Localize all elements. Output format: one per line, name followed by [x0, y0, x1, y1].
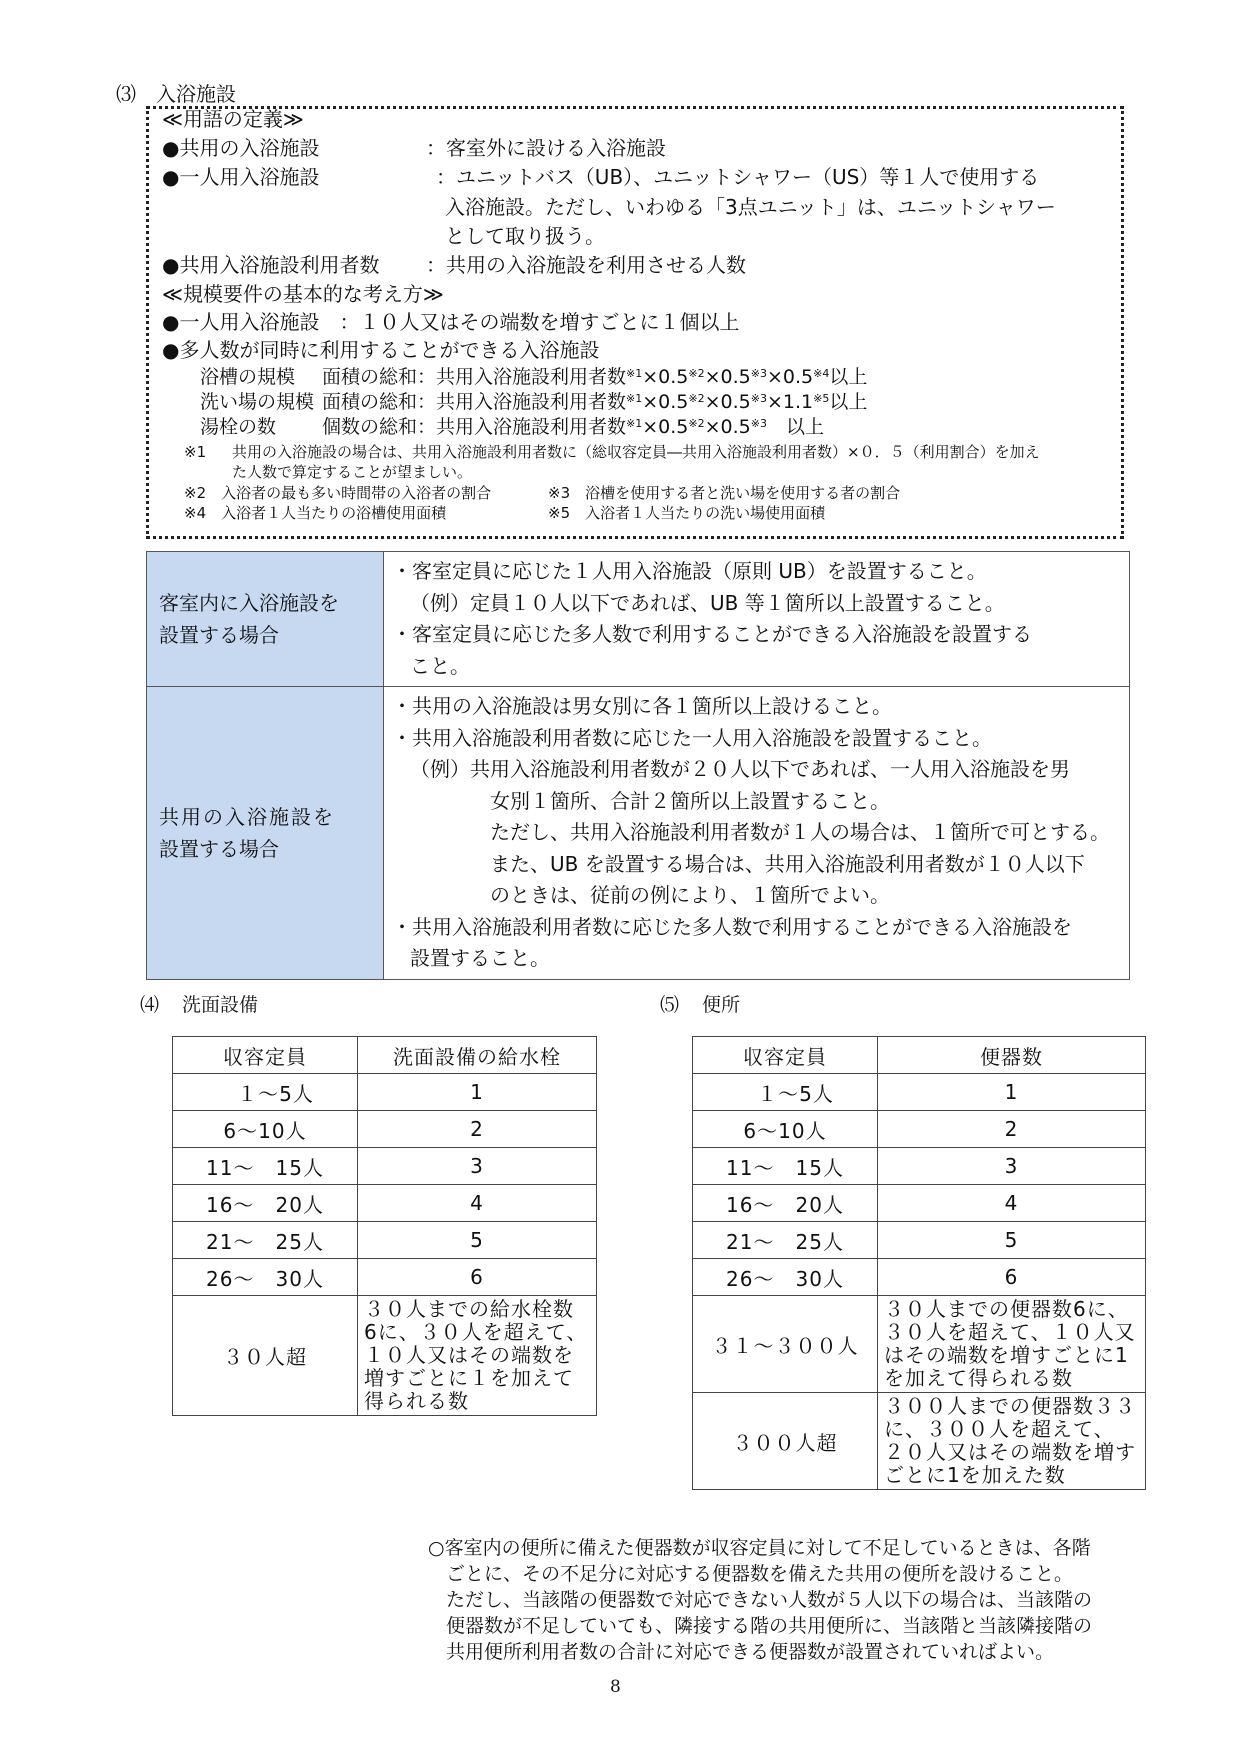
- formula-row: 湯栓の数個数の総和：共用入浴施設利用者数※1×0.5※2×0.5※3 以上: [200, 414, 824, 440]
- section-3-heading: ⑶入浴施設: [116, 78, 236, 107]
- formula-kind: 個数の総和：: [322, 416, 436, 438]
- cell-line: ２０人又はその端数を増す: [884, 1441, 1139, 1464]
- requirement-line: ・共用の入浴施設は男女別に各１箇所以上設けること。: [392, 691, 1123, 723]
- footnote-ref: ※2: [688, 417, 704, 430]
- footnote-mark: ※1: [184, 442, 232, 462]
- value-cell: ３０人までの便器数6に、 ３０人を超えて、１０人又 はその端数を増すごとに1 を…: [878, 1296, 1146, 1393]
- requirement-line: ・共用入浴施設利用者数に応じた一人用入浴施設を設置すること。: [392, 723, 1123, 755]
- requirement-line: こと。: [392, 651, 1123, 683]
- value-cell: 5: [358, 1222, 597, 1259]
- cell-line: はその端数を増すごとに1: [884, 1344, 1139, 1367]
- cell-line: 増すごとに１を加えて: [364, 1367, 590, 1390]
- note-line: 便器数が不足していても、隣接する階の共用便所に、当該階と当該隣接階の: [428, 1613, 1168, 1639]
- definition-desc: として取り扱う。: [445, 223, 605, 249]
- factor: ×0.5: [767, 366, 813, 388]
- factor: ×1.1: [767, 391, 813, 413]
- section-number: ⑷: [140, 990, 182, 1017]
- value-cell: 6: [358, 1259, 597, 1296]
- capacity-cell: 6～10人: [173, 1111, 358, 1148]
- value-cell: 4: [358, 1185, 597, 1222]
- page-number: 8: [610, 1677, 621, 1697]
- requirement-line: ・客室定員に応じた多人数で利用することができる入浴施設を設置する: [392, 619, 1123, 651]
- capacity-cell: 21～ 25人: [693, 1222, 878, 1259]
- table-row: ３００人超 ３００人までの便器数３３ に、３００人を超えて、 ２０人又はその端数…: [693, 1393, 1146, 1490]
- formula-base: 共用入浴施設利用者数: [436, 416, 626, 438]
- section-5-heading: ⑸便所: [660, 990, 740, 1017]
- bathing-requirements-table: 客室内に入浴施設を 設置する場合 ・客室定員に応じた１人用入浴施設（原則 UB）…: [146, 551, 1130, 980]
- table-row: １～5人1: [693, 1074, 1146, 1111]
- footnote-5: ※5 入浴者１人当たりの洗い場使用面積: [548, 503, 825, 523]
- cell-line: １０人又はその端数を: [364, 1344, 590, 1367]
- section-4-heading: ⑷洗面設備: [140, 990, 258, 1017]
- table-header-row: 収容定員 便器数: [693, 1037, 1146, 1074]
- capacity-cell: 11～ 15人: [173, 1148, 358, 1185]
- note-line: ごとに、その不足分に対応する便器数を備えた共用の便所を設けること。: [428, 1561, 1168, 1587]
- value-cell: 5: [878, 1222, 1146, 1259]
- table-row: 11～ 15人3: [693, 1148, 1146, 1185]
- formula-kind: 面積の総和：: [322, 366, 436, 388]
- scale-heading: ≪規模要件の基本的な考え方≫: [162, 281, 444, 307]
- formula-label: 浴槽の規模: [200, 364, 322, 390]
- row-label: 共用の入浴施設を 設置する場合: [147, 687, 384, 980]
- column-header: 洗面設備の給水栓: [358, 1037, 597, 1074]
- table-row: １～5人1: [173, 1074, 597, 1111]
- definition-desc: ：ユニットバス（UB）、ユニットシャワー（US）等１人で使用する: [436, 164, 1039, 190]
- factor: ×0.5: [642, 366, 688, 388]
- footnote-ref: ※2: [688, 367, 704, 380]
- capacity-cell: ３００人超: [693, 1393, 878, 1490]
- capacity-cell: ３１～３００人: [693, 1296, 878, 1393]
- toilet-note: ○客室内の便所に備えた便器数が収容定員に対して不足しているときは、各階 ごとに、…: [428, 1535, 1168, 1665]
- footnote-ref: ※3: [751, 392, 767, 405]
- label-line: 共用の入浴施設を: [159, 801, 383, 833]
- cell-line: ごとに1を加えた数: [884, 1464, 1139, 1487]
- table-row: 客室内に入浴施設を 設置する場合 ・客室定員に応じた１人用入浴施設（原則 UB）…: [147, 552, 1130, 687]
- label-line: 設置する場合: [159, 833, 383, 865]
- table-row: 6～10人2: [173, 1111, 597, 1148]
- section-number: ⑶: [116, 78, 156, 107]
- footnote-2: ※2 入浴者の最も多い時間帯の入浴者の割合: [184, 483, 491, 503]
- cell-line: ３００人までの便器数３３: [884, 1395, 1139, 1418]
- definition-desc: ：共用の入浴施設を利用させる人数: [426, 252, 746, 278]
- definition-term: ●共用の入浴施設: [162, 135, 319, 161]
- value-cell: 2: [358, 1111, 597, 1148]
- formula-row: 浴槽の規模面積の総和：共用入浴施設利用者数※1×0.5※2×0.5※3×0.5※…: [200, 364, 867, 390]
- footnote-ref: ※1: [626, 417, 642, 430]
- requirement-line: 女別１箇所、合計２箇所以上設置すること。: [392, 786, 1123, 818]
- label-line: 設置する場合: [159, 619, 383, 651]
- section-title: 洗面設備: [182, 994, 258, 1016]
- cell-line: 6に、３０人を超えて、: [364, 1321, 590, 1344]
- table-row: 21～ 25人5: [173, 1222, 597, 1259]
- capacity-cell: 11～ 15人: [693, 1148, 878, 1185]
- requirement-line: のときは、従前の例により、１箇所でよい。: [392, 880, 1123, 912]
- requirement-line: 設置すること。: [392, 943, 1123, 975]
- section-number: ⑸: [660, 990, 702, 1017]
- factor: ×0.5: [642, 391, 688, 413]
- table-row: 共用の入浴施設を 設置する場合 ・共用の入浴施設は男女別に各１箇所以上設けること…: [147, 687, 1130, 980]
- footnote-text: 共用の入浴施設の場合は、共用入浴施設利用者数に（総収容定員―共用入浴施設利用者数…: [232, 443, 1040, 461]
- formula-kind: 面積の総和：: [322, 391, 436, 413]
- definition-desc: 入浴施設。ただし、いわゆる「3点ユニット」は、ユニットシャワー: [445, 194, 1056, 220]
- washbasin-table: 収容定員 洗面設備の給水栓 １～5人1 6～10人2 11～ 15人3 16～ …: [172, 1036, 597, 1416]
- value-cell: 3: [358, 1148, 597, 1185]
- definition-term: ●一人用入浴施設: [162, 164, 319, 190]
- note-line: 共用便所利用者数の合計に対応できる便器数が設置されていればよい。: [428, 1639, 1168, 1665]
- cell-line: ３０人までの便器数6に、: [884, 1298, 1139, 1321]
- note-line: ただし、当該階の便器数で対応できない人数が５人以下の場合は、当該階の: [428, 1587, 1168, 1613]
- row-content: ・客室定員に応じた１人用入浴施設（原則 UB）を設置すること。 （例）定員１０人…: [384, 552, 1130, 687]
- value-cell: ３００人までの便器数３３ に、３００人を超えて、 ２０人又はその端数を増す ごと…: [878, 1393, 1146, 1490]
- footnote-ref: ※3: [751, 367, 767, 380]
- table-row: 26～ 30人6: [173, 1259, 597, 1296]
- requirement-line: ただし、共用入浴施設利用者数が１人の場合は、１箇所で可とする。: [392, 817, 1123, 849]
- note-line: ○客室内の便所に備えた便器数が収容定員に対して不足しているときは、各階: [428, 1535, 1168, 1561]
- value-cell: 2: [878, 1111, 1146, 1148]
- footnote-ref: ※4: [813, 367, 829, 380]
- requirement-line: （例）定員１０人以下であれば、UB 等１箇所以上設置すること。: [392, 588, 1123, 620]
- footnote-ref: ※5: [813, 392, 829, 405]
- footnote-ref: ※1: [626, 367, 642, 380]
- table-row: 16～ 20人4: [173, 1185, 597, 1222]
- table-row: 26～ 30人6: [693, 1259, 1146, 1296]
- table-row: 21～ 25人5: [693, 1222, 1146, 1259]
- factor: ×0.5: [705, 391, 751, 413]
- capacity-cell: ３０人超: [173, 1296, 358, 1416]
- table-header-row: 収容定員 洗面設備の給水栓: [173, 1037, 597, 1074]
- value-cell: 1: [878, 1074, 1146, 1111]
- definitions-heading: ≪用語の定義≫: [162, 106, 304, 132]
- table-row: 16～ 20人4: [693, 1185, 1146, 1222]
- factor: ×0.5: [642, 416, 688, 438]
- value-cell: 1: [358, 1074, 597, 1111]
- table-row: ３１～３００人 ３０人までの便器数6に、 ３０人を超えて、１０人又 はその端数を…: [693, 1296, 1146, 1393]
- cell-line: ３０人までの給水栓数: [364, 1298, 590, 1321]
- footnote-1-cont: た人数で算定することが望ましい。: [232, 462, 472, 482]
- footnote-3: ※3 浴槽を使用する者と洗い場を使用する者の割合: [548, 483, 900, 503]
- capacity-cell: 16～ 20人: [173, 1185, 358, 1222]
- footnote-1: ※1共用の入浴施設の場合は、共用入浴施設利用者数に（総収容定員―共用入浴施設利用…: [184, 442, 1040, 462]
- formula-base: 共用入浴施設利用者数: [436, 391, 626, 413]
- footnote-4: ※4 入浴者１人当たりの浴槽使用面積: [184, 503, 446, 523]
- formula-label: 洗い場の規模: [200, 389, 322, 415]
- capacity-cell: 6～10人: [693, 1111, 878, 1148]
- table-row: ３０人超 ３０人までの給水栓数 6に、３０人を超えて、 １０人又はその端数を 増…: [173, 1296, 597, 1416]
- capacity-cell: １～5人: [173, 1074, 358, 1111]
- factor: ×0.5: [705, 416, 751, 438]
- column-header: 収容定員: [693, 1037, 878, 1074]
- footnote-ref: ※3: [751, 417, 767, 430]
- cell-line: を加えて得られる数: [884, 1367, 1139, 1390]
- cell-line: 得られる数: [364, 1390, 590, 1413]
- column-header: 収容定員: [173, 1037, 358, 1074]
- capacity-cell: １～5人: [693, 1074, 878, 1111]
- label-line: 客室内に入浴施設を: [159, 587, 383, 619]
- requirement-line: また、UB を設置する場合は、共用入浴施設利用者数が１０人以下: [392, 849, 1123, 881]
- value-cell: 3: [878, 1148, 1146, 1185]
- footnote-ref: ※2: [688, 392, 704, 405]
- footnote-ref: ※1: [626, 392, 642, 405]
- formula-label: 湯栓の数: [200, 414, 322, 440]
- cell-line: に、３００人を超えて、: [884, 1418, 1139, 1441]
- factor: ×0.5: [705, 366, 751, 388]
- requirement-line: ・共用入浴施設利用者数に応じた多人数で利用することができる入浴施設を: [392, 912, 1123, 944]
- capacity-cell: 26～ 30人: [173, 1259, 358, 1296]
- factor: 以上: [829, 366, 867, 388]
- formula-base: 共用入浴施設利用者数: [436, 366, 626, 388]
- section-title: 入浴施設: [156, 82, 236, 106]
- value-cell: 4: [878, 1185, 1146, 1222]
- section-title: 便所: [702, 994, 740, 1016]
- requirement-line: （例）共用入浴施設利用者数が２０人以下であれば、一人用入浴施設を男: [392, 754, 1123, 786]
- toilet-table: 収容定員 便器数 １～5人1 6～10人2 11～ 15人3 16～ 20人4 …: [692, 1036, 1146, 1490]
- definition-desc: ：客室外に設ける入浴施設: [426, 135, 666, 161]
- table-row: 6～10人2: [693, 1111, 1146, 1148]
- value-cell: ３０人までの給水栓数 6に、３０人を超えて、 １０人又はその端数を 増すごとに１…: [358, 1296, 597, 1416]
- row-content: ・共用の入浴施設は男女別に各１箇所以上設けること。 ・共用入浴施設利用者数に応じ…: [384, 687, 1130, 980]
- scale-single: ●一人用入浴施設 ：１０人又はその端数を増すごとに１個以上: [162, 309, 739, 335]
- table-row: 11～ 15人3: [173, 1148, 597, 1185]
- scale-multi: ●多人数が同時に利用することができる入浴施設: [162, 337, 599, 363]
- row-label: 客室内に入浴施設を 設置する場合: [147, 552, 384, 687]
- cell-line: ３０人を超えて、１０人又: [884, 1321, 1139, 1344]
- capacity-cell: 16～ 20人: [693, 1185, 878, 1222]
- definition-term: ●共用入浴施設利用者数: [162, 252, 379, 278]
- requirement-line: ・客室定員に応じた１人用入浴施設（原則 UB）を設置すること。: [392, 556, 1123, 588]
- capacity-cell: 21～ 25人: [173, 1222, 358, 1259]
- value-cell: 6: [878, 1259, 1146, 1296]
- column-header: 便器数: [878, 1037, 1146, 1074]
- capacity-cell: 26～ 30人: [693, 1259, 878, 1296]
- formula-row: 洗い場の規模面積の総和：共用入浴施設利用者数※1×0.5※2×0.5※3×1.1…: [200, 389, 867, 415]
- factor: 以上: [829, 391, 867, 413]
- factor: 以上: [767, 416, 824, 438]
